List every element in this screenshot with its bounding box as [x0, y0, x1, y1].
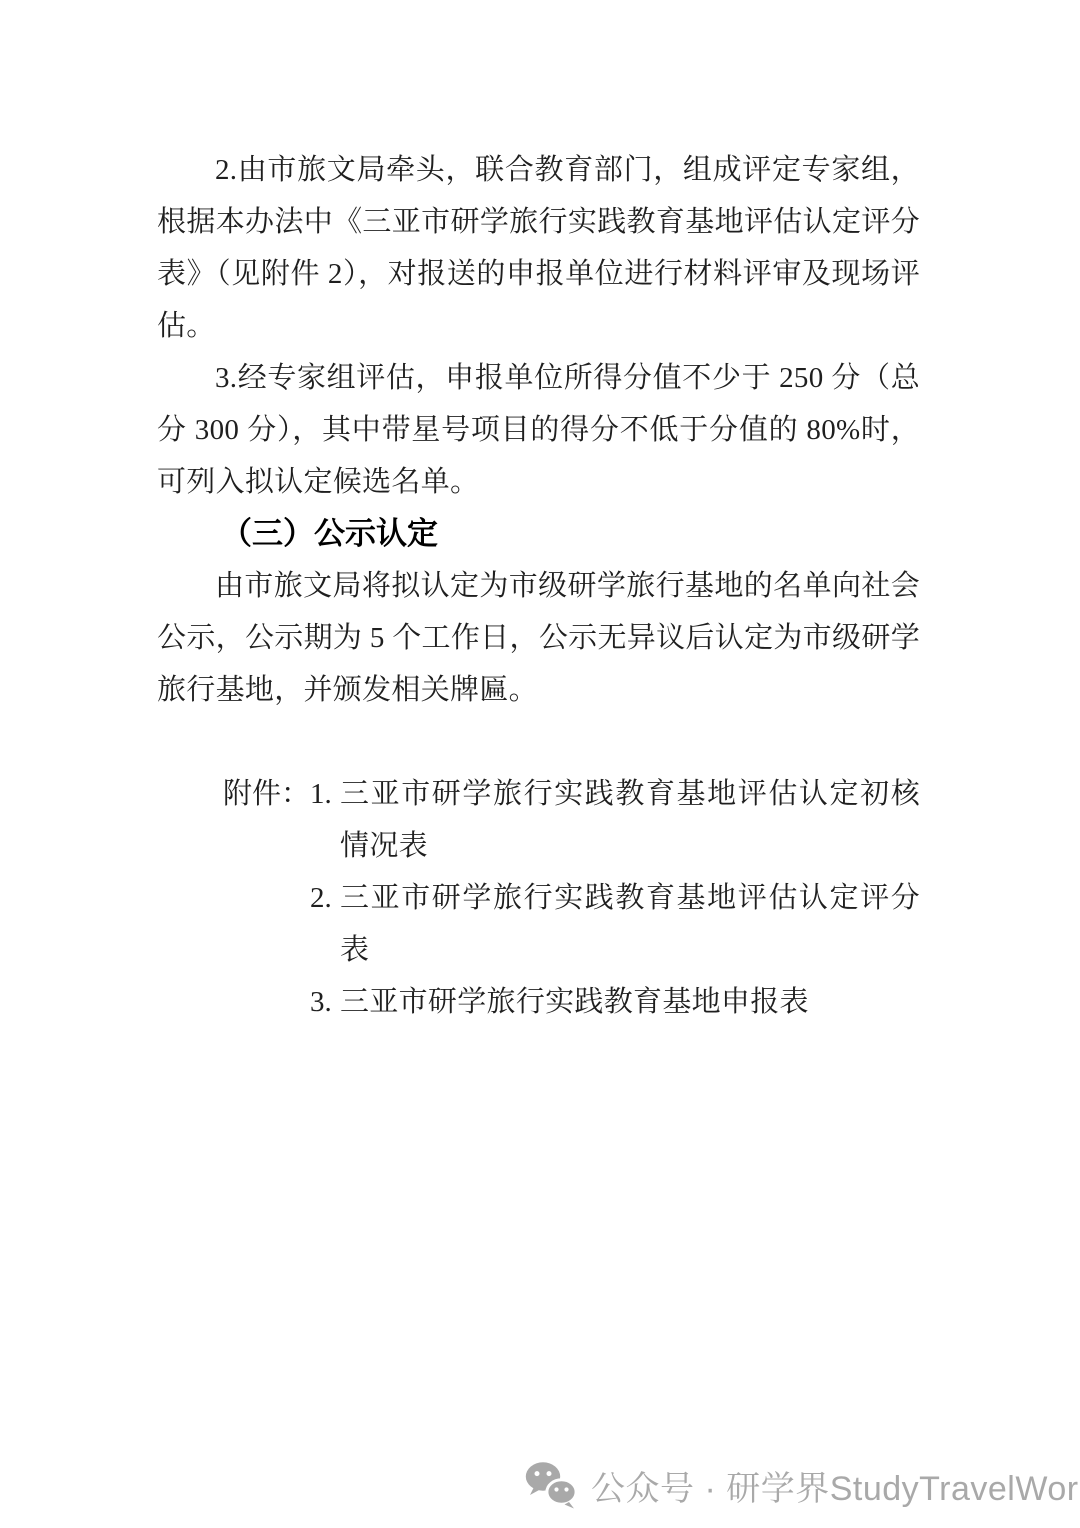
attachment-number: 1. [310, 768, 340, 872]
attachment-item: 3. 三亚市研学旅行实践教育基地申报表 [310, 976, 920, 1028]
attachments-list: 1. 三亚市研学旅行实践教育基地评估认定初核情况表 2. 三亚市研学旅行实践教育… [310, 768, 920, 1028]
attachment-title: 三亚市研学旅行实践教育基地评估认定初核情况表 [340, 768, 920, 872]
wechat-icon [524, 1461, 578, 1509]
wechat-watermark: 公众号 · 研学界StudyTravelWorld [524, 1456, 1080, 1514]
attachment-item: 1. 三亚市研学旅行实践教育基地评估认定初核情况表 [310, 768, 920, 872]
section-heading-publicity: （三）公示认定 [157, 508, 920, 560]
paragraph-score-threshold: 3.经专家组评估，申报单位所得分值不少于 250 分（总分 300 分），其中带… [157, 352, 920, 508]
attachment-title: 三亚市研学旅行实践教育基地申报表 [340, 976, 920, 1028]
attachment-item: 2. 三亚市研学旅行实践教育基地评估认定评分表 [310, 872, 920, 976]
attachment-number: 2. [310, 872, 340, 976]
paragraph-publicity: 由市旅文局将拟认定为市级研学旅行基地的名单向社会公示，公示期为 5 个工作日，公… [157, 560, 920, 716]
paragraph-expert-group: 2.由市旅文局牵头，联合教育部门，组成评定专家组，根据本办法中《三亚市研学旅行实… [157, 144, 920, 352]
attachment-number: 3. [310, 976, 340, 1028]
document-page: 2.由市旅文局牵头，联合教育部门，组成评定专家组，根据本办法中《三亚市研学旅行实… [0, 0, 1080, 1528]
wechat-account-text: 公众号 · 研学界StudyTravelWorld [591, 1461, 1080, 1510]
attachments-label: 附件： [223, 768, 310, 1028]
attachment-title: 三亚市研学旅行实践教育基地评估认定评分表 [340, 872, 920, 976]
attachments-block: 附件： 1. 三亚市研学旅行实践教育基地评估认定初核情况表 2. 三亚市研学旅行… [157, 768, 920, 1028]
document-body: 2.由市旅文局牵头，联合教育部门，组成评定专家组，根据本办法中《三亚市研学旅行实… [157, 144, 920, 1028]
